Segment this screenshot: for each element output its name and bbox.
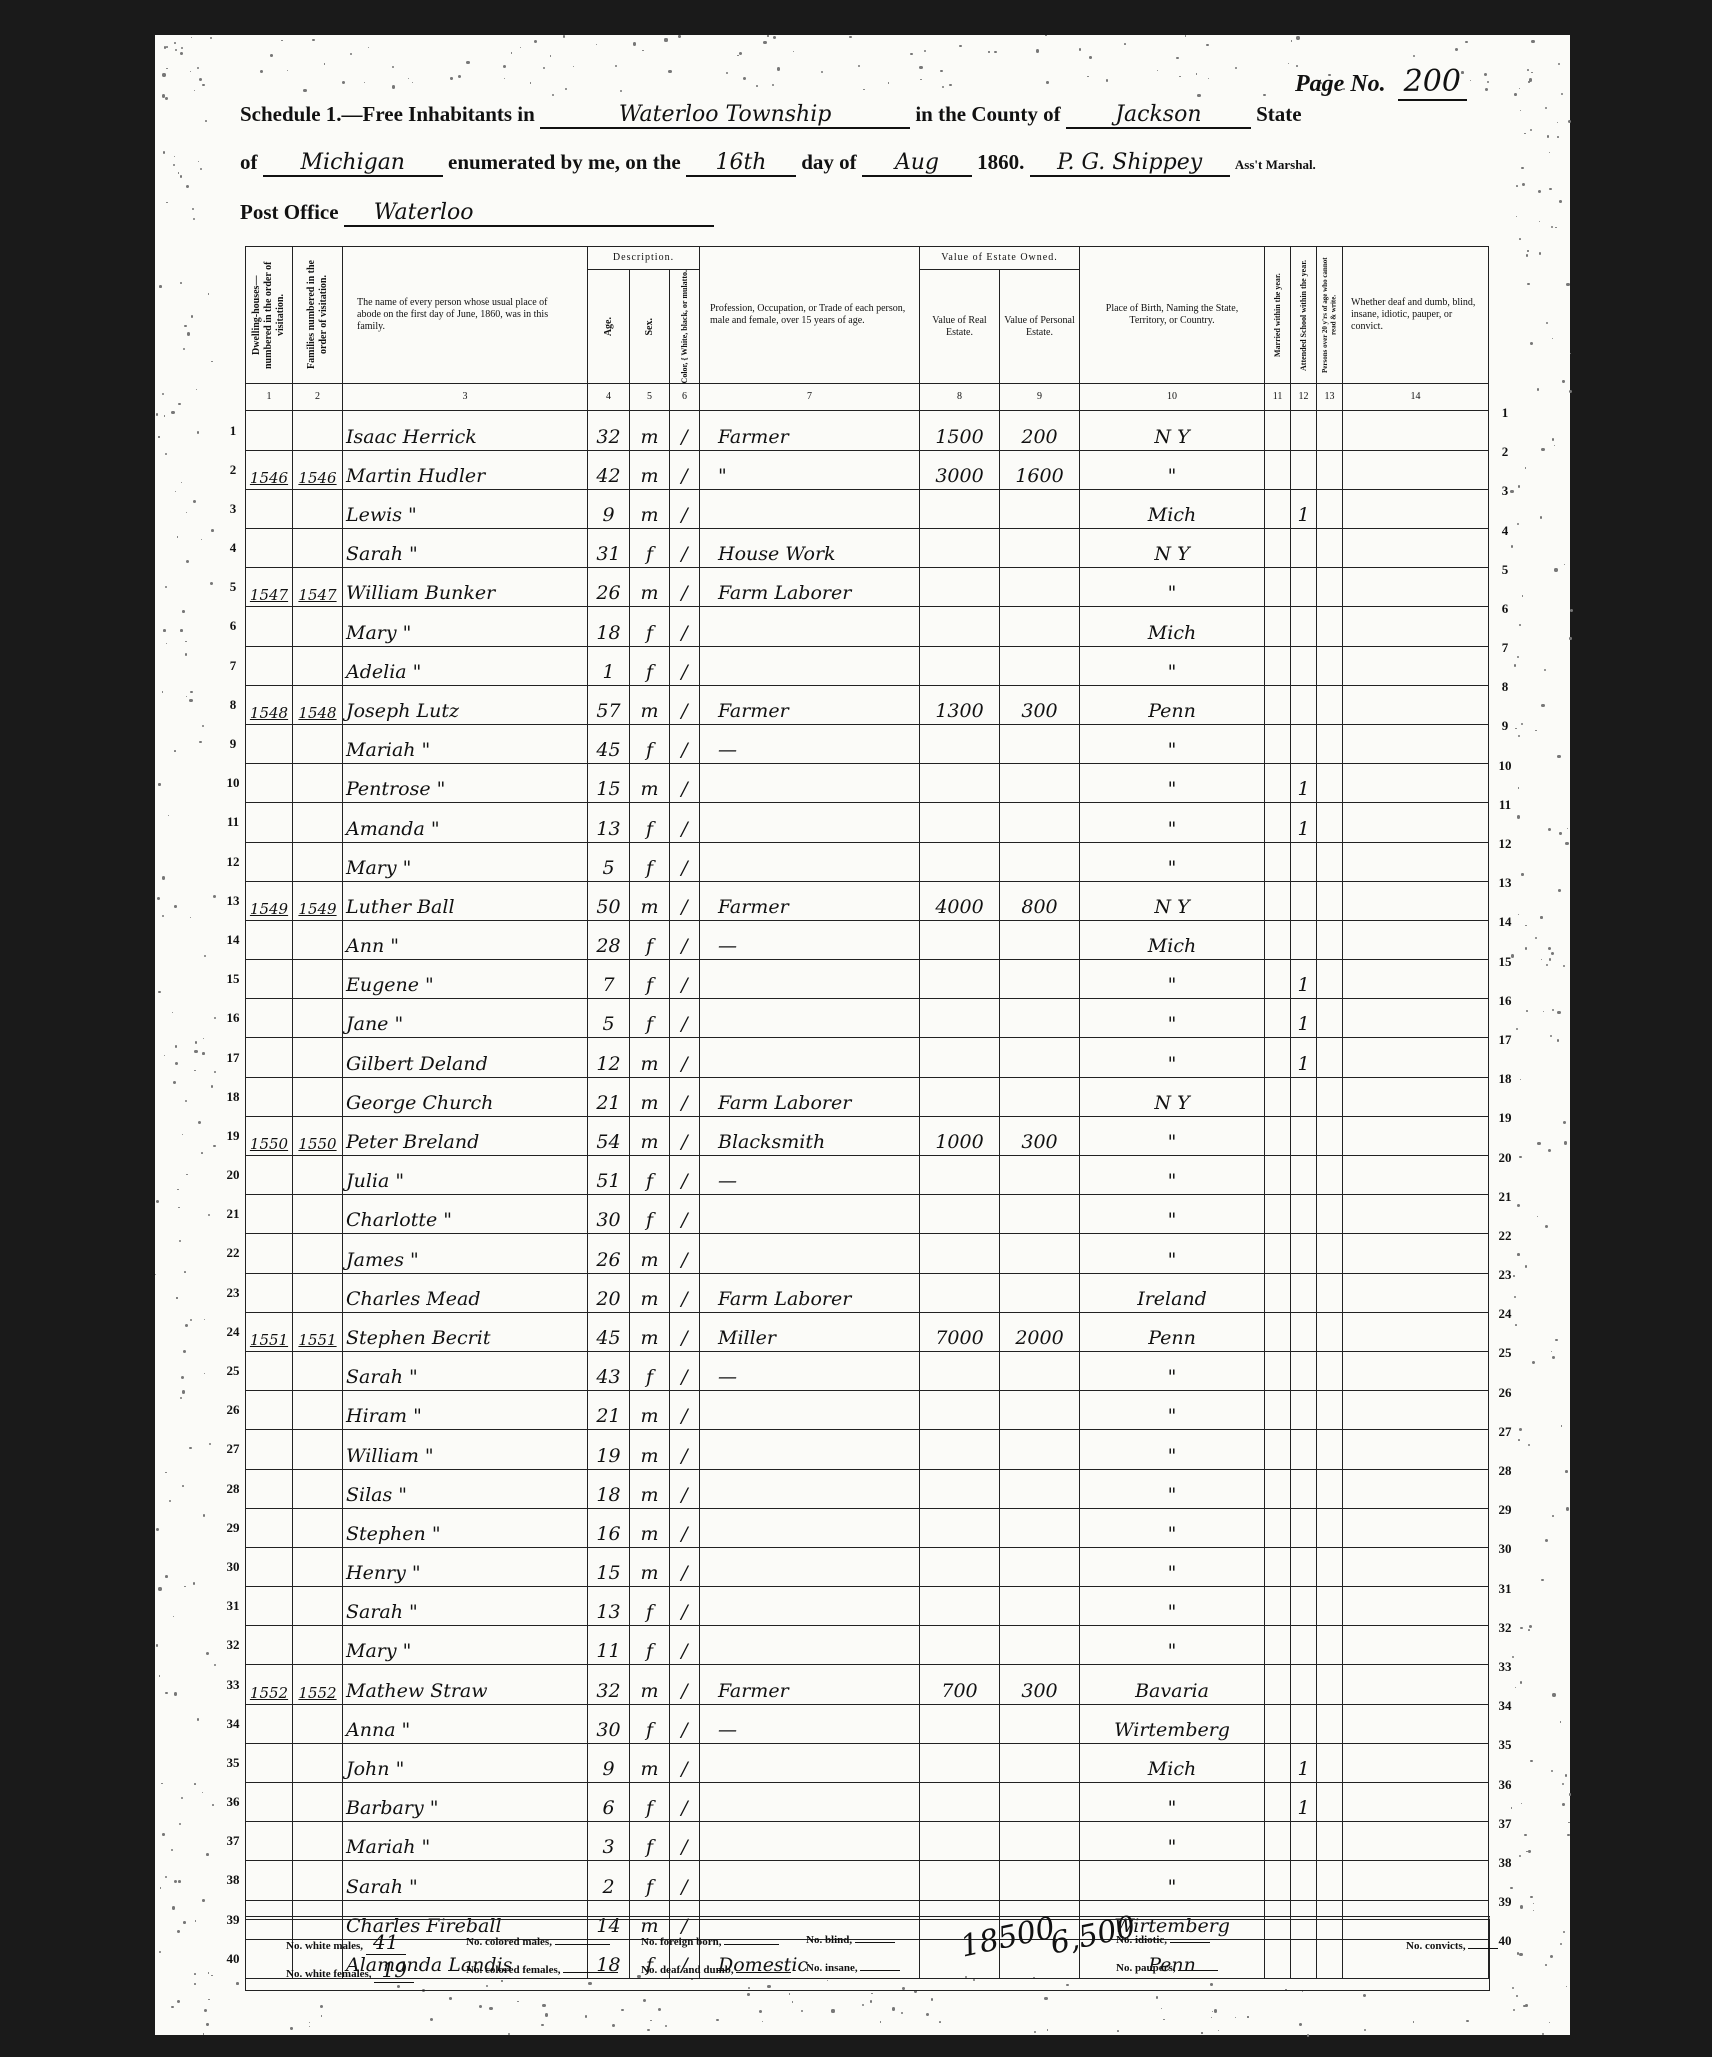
- cell-occupation: Farmer: [700, 1665, 920, 1704]
- cell-age: 43: [588, 1351, 630, 1390]
- cell-color: /: [670, 920, 700, 959]
- cell-sex: m: [630, 881, 670, 920]
- cell-dwelling: 1551: [246, 1312, 293, 1351]
- cell-disability: [1343, 1273, 1489, 1312]
- cell-illiterate: [1317, 764, 1343, 803]
- line-number: 20: [222, 1167, 244, 1183]
- line-number: 35: [1494, 1737, 1516, 1753]
- cell-disability: [1343, 1312, 1489, 1351]
- page-label: Page No.: [1295, 71, 1386, 97]
- cell-age: 28: [588, 920, 630, 959]
- cell-school: [1291, 1116, 1317, 1155]
- col-header-family: Families numbered in the order of visita…: [293, 247, 343, 384]
- cell-birthplace: Mich: [1080, 489, 1265, 528]
- table-row: 15471547William Bunker26m/Farm Laborer": [246, 568, 1489, 607]
- cell-illiterate: [1317, 1156, 1343, 1195]
- cell-sex: f: [630, 1626, 670, 1665]
- cell-name: Mary ": [343, 607, 588, 646]
- page-number: Page No. 200: [1295, 64, 1467, 99]
- cell-family: [293, 1587, 343, 1626]
- cell-school: [1291, 1312, 1317, 1351]
- cell-name: Martin Hudler: [343, 450, 588, 489]
- line-number: 29: [222, 1520, 244, 1536]
- line-number: 13: [1494, 875, 1516, 891]
- cell-personal-estate: [1000, 1861, 1080, 1900]
- cell-school: [1291, 1665, 1317, 1704]
- cell-age: 26: [588, 568, 630, 607]
- cell-illiterate: [1317, 1430, 1343, 1469]
- census-rows: Isaac Herrick32m/Farmer1500200N Y1546154…: [246, 411, 1489, 1979]
- line-number: 5: [1494, 562, 1516, 578]
- cell-color: /: [670, 489, 700, 528]
- cell-family: [293, 646, 343, 685]
- cell-color: /: [670, 960, 700, 999]
- cell-disability: [1343, 1743, 1489, 1782]
- cell-dwelling: [246, 1508, 293, 1547]
- cell-color: /: [670, 999, 700, 1038]
- line-number: 39: [222, 1912, 244, 1928]
- cell-disability: [1343, 1156, 1489, 1195]
- line-number: 16: [222, 1010, 244, 1026]
- col-group-description: Description.: [588, 247, 700, 270]
- cell-personal-estate: [1000, 920, 1080, 959]
- cell-married: [1265, 1038, 1291, 1077]
- cell-occupation: House Work: [700, 529, 920, 568]
- cell-school: [1291, 568, 1317, 607]
- cell-personal-estate: [1000, 764, 1080, 803]
- line-number: 34: [222, 1716, 244, 1732]
- cell-real-estate: [920, 1508, 1000, 1547]
- column-number: 6: [670, 384, 700, 411]
- cell-illiterate: [1317, 1704, 1343, 1743]
- cell-married: [1265, 1861, 1291, 1900]
- township-field: Waterloo Township: [540, 102, 910, 129]
- enumerated-label: enumerated by me, on the: [448, 150, 681, 174]
- cell-birthplace: Mich: [1080, 1743, 1265, 1782]
- cell-married: [1265, 1587, 1291, 1626]
- col-header-name: The name of every person whose usual pla…: [343, 247, 588, 384]
- cell-illiterate: [1317, 1469, 1343, 1508]
- cell-disability: [1343, 803, 1489, 842]
- cell-disability: [1343, 764, 1489, 803]
- table-row: Silas "18m/": [246, 1469, 1489, 1508]
- cell-occupation: [700, 764, 920, 803]
- line-number: 26: [1494, 1385, 1516, 1401]
- line-number: 9: [1494, 718, 1516, 734]
- col-header-married: Married within the year.: [1265, 247, 1291, 384]
- line-number: 13: [222, 893, 244, 909]
- cell-family: [293, 764, 343, 803]
- cell-occupation: [700, 960, 920, 999]
- cell-name: Hiram ": [343, 1391, 588, 1430]
- cell-sex: m: [630, 568, 670, 607]
- cell-dwelling: [246, 764, 293, 803]
- cell-birthplace: ": [1080, 1587, 1265, 1626]
- cell-school: [1291, 881, 1317, 920]
- cell-dwelling: [246, 999, 293, 1038]
- post-office-line: Post Office Waterloo: [240, 200, 714, 227]
- cell-school: [1291, 529, 1317, 568]
- cell-sex: f: [630, 920, 670, 959]
- col-header-color: Color, { White, black, or mulatto.: [670, 270, 700, 384]
- cell-disability: [1343, 1469, 1489, 1508]
- column-number: 2: [293, 384, 343, 411]
- table-row: Henry "15m/": [246, 1547, 1489, 1586]
- cell-birthplace: N Y: [1080, 1077, 1265, 1116]
- cell-disability: [1343, 489, 1489, 528]
- cell-age: 20: [588, 1273, 630, 1312]
- cell-married: [1265, 646, 1291, 685]
- cell-married: [1265, 568, 1291, 607]
- cell-dwelling: 1549: [246, 881, 293, 920]
- cell-dwelling: [246, 1038, 293, 1077]
- line-number: 12: [222, 854, 244, 870]
- cell-birthplace: ": [1080, 568, 1265, 607]
- cell-real-estate: [920, 1391, 1000, 1430]
- cell-disability: [1343, 646, 1489, 685]
- cell-dwelling: [246, 960, 293, 999]
- cell-sex: m: [630, 450, 670, 489]
- cell-disability: [1343, 724, 1489, 763]
- cell-color: /: [670, 607, 700, 646]
- cell-color: /: [670, 1156, 700, 1195]
- cell-real-estate: [920, 842, 1000, 881]
- line-number: 24: [1494, 1306, 1516, 1322]
- month-field: Aug: [862, 150, 972, 177]
- cell-disability: [1343, 1077, 1489, 1116]
- cell-occupation: Farm Laborer: [700, 1273, 920, 1312]
- cell-school: [1291, 1547, 1317, 1586]
- cell-color: /: [670, 1547, 700, 1586]
- cell-school: [1291, 411, 1317, 450]
- cell-married: [1265, 489, 1291, 528]
- cell-illiterate: [1317, 1273, 1343, 1312]
- cell-illiterate: [1317, 960, 1343, 999]
- cell-birthplace: ": [1080, 646, 1265, 685]
- col-header-illiterate: Persons over 20 y'rs of age who cannot r…: [1317, 247, 1343, 384]
- line-number: 10: [222, 775, 244, 791]
- cell-family: [293, 1038, 343, 1077]
- of-label: of: [240, 150, 258, 174]
- cell-real-estate: [920, 1273, 1000, 1312]
- cell-real-estate: [920, 1430, 1000, 1469]
- cell-occupation: —: [700, 1156, 920, 1195]
- cell-name: Charlotte ": [343, 1195, 588, 1234]
- cell-sex: f: [630, 803, 670, 842]
- cell-sex: m: [630, 1273, 670, 1312]
- cell-color: /: [670, 842, 700, 881]
- table-row: 15481548Joseph Lutz57m/Farmer1300300Penn: [246, 685, 1489, 724]
- cell-family: [293, 960, 343, 999]
- cell-color: /: [670, 1077, 700, 1116]
- cell-birthplace: ": [1080, 1116, 1265, 1155]
- cell-family: [293, 999, 343, 1038]
- table-row: Charles Mead20m/Farm LaborerIreland: [246, 1273, 1489, 1312]
- totals-section: No. white males, 41 No. white females, 1…: [245, 1916, 1490, 1991]
- cell-name: Anna ": [343, 1704, 588, 1743]
- cell-real-estate: [920, 764, 1000, 803]
- cell-illiterate: [1317, 1116, 1343, 1155]
- column-number: 12: [1291, 384, 1317, 411]
- line-number: 32: [1494, 1620, 1516, 1636]
- column-number: 9: [1000, 384, 1080, 411]
- cell-married: [1265, 685, 1291, 724]
- cell-age: 26: [588, 1234, 630, 1273]
- cell-disability: [1343, 1704, 1489, 1743]
- county-label: in the County of: [915, 102, 1060, 126]
- cell-school: 1: [1291, 999, 1317, 1038]
- cell-birthplace: ": [1080, 1626, 1265, 1665]
- line-number: 40: [222, 1951, 244, 1967]
- cell-family: 1552: [293, 1665, 343, 1704]
- deaf-dumb-total: No. deaf and dumb,: [641, 1964, 791, 1976]
- cell-family: [293, 1077, 343, 1116]
- cell-illiterate: [1317, 1234, 1343, 1273]
- cell-married: [1265, 1273, 1291, 1312]
- table-row: Mariah "45f/—": [246, 724, 1489, 763]
- cell-name: Ann ": [343, 920, 588, 959]
- cell-color: /: [670, 724, 700, 763]
- cell-illiterate: [1317, 1822, 1343, 1861]
- line-number: 7: [1494, 640, 1516, 656]
- cell-family: [293, 1743, 343, 1782]
- cell-personal-estate: [1000, 1391, 1080, 1430]
- cell-family: [293, 1822, 343, 1861]
- cell-age: 9: [588, 489, 630, 528]
- cell-name: Mariah ": [343, 724, 588, 763]
- cell-married: [1265, 1469, 1291, 1508]
- cell-real-estate: 1300: [920, 685, 1000, 724]
- cell-dwelling: [246, 1469, 293, 1508]
- cell-occupation: [700, 1822, 920, 1861]
- cell-birthplace: ": [1080, 803, 1265, 842]
- line-number: 22: [222, 1245, 244, 1261]
- cell-disability: [1343, 842, 1489, 881]
- line-number: 30: [222, 1559, 244, 1575]
- cell-school: 1: [1291, 764, 1317, 803]
- line-number: 24: [222, 1324, 244, 1340]
- cell-occupation: Blacksmith: [700, 1116, 920, 1155]
- cell-sex: m: [630, 764, 670, 803]
- cell-color: /: [670, 1116, 700, 1155]
- cell-birthplace: Penn: [1080, 685, 1265, 724]
- cell-family: [293, 1861, 343, 1900]
- post-office-field: Waterloo: [344, 200, 714, 227]
- cell-sex: f: [630, 1861, 670, 1900]
- cell-color: /: [670, 411, 700, 450]
- cell-real-estate: [920, 1822, 1000, 1861]
- table-row: Sarah "2f/": [246, 1861, 1489, 1900]
- line-number: 7: [222, 658, 244, 674]
- cell-birthplace: Ireland: [1080, 1273, 1265, 1312]
- census-table: Dwelling-houses—numbered in the order of…: [245, 246, 1489, 1979]
- cell-name: George Church: [343, 1077, 588, 1116]
- table-row: Mariah "3f/": [246, 1822, 1489, 1861]
- line-number: 18: [1494, 1071, 1516, 1087]
- cell-illiterate: [1317, 568, 1343, 607]
- cell-real-estate: 3000: [920, 450, 1000, 489]
- cell-age: 18: [588, 607, 630, 646]
- cell-age: 30: [588, 1195, 630, 1234]
- cell-illiterate: [1317, 881, 1343, 920]
- cell-disability: [1343, 881, 1489, 920]
- cell-sex: m: [630, 1116, 670, 1155]
- cell-name: Barbary ": [343, 1783, 588, 1822]
- table-row: 15501550Peter Breland54m/Blacksmith10003…: [246, 1116, 1489, 1155]
- cell-school: 1: [1291, 960, 1317, 999]
- cell-real-estate: [920, 489, 1000, 528]
- cell-birthplace: ": [1080, 1861, 1265, 1900]
- line-number: 11: [222, 814, 244, 830]
- line-number: 37: [1494, 1816, 1516, 1832]
- cell-illiterate: [1317, 1783, 1343, 1822]
- line-number: 2: [222, 462, 244, 478]
- cell-name: Isaac Herrick: [343, 411, 588, 450]
- cell-occupation: [700, 1587, 920, 1626]
- cell-personal-estate: [1000, 1626, 1080, 1665]
- line-number: 20: [1494, 1150, 1516, 1166]
- line-number: 36: [222, 1794, 244, 1810]
- column-number: 10: [1080, 384, 1265, 411]
- cell-family: 1546: [293, 450, 343, 489]
- cell-name: James ": [343, 1234, 588, 1273]
- column-number: 5: [630, 384, 670, 411]
- cell-family: 1548: [293, 685, 343, 724]
- cell-real-estate: 1000: [920, 1116, 1000, 1155]
- cell-age: 32: [588, 411, 630, 450]
- cell-married: [1265, 529, 1291, 568]
- line-number: 32: [222, 1637, 244, 1653]
- col-header-real-estate: Value of Real Estate.: [920, 270, 1000, 384]
- line-number: 22: [1494, 1228, 1516, 1244]
- line-number: 1: [222, 423, 244, 439]
- line-number: 33: [222, 1677, 244, 1693]
- line-number: 6: [222, 618, 244, 634]
- cell-color: /: [670, 1783, 700, 1822]
- cell-married: [1265, 1822, 1291, 1861]
- line-number: 18: [222, 1089, 244, 1105]
- cell-occupation: ": [700, 450, 920, 489]
- cell-real-estate: [920, 1783, 1000, 1822]
- col-group-estate: Value of Estate Owned.: [920, 247, 1080, 270]
- cell-married: [1265, 1116, 1291, 1155]
- cell-illiterate: [1317, 1587, 1343, 1626]
- cell-disability: [1343, 960, 1489, 999]
- cell-birthplace: ": [1080, 724, 1265, 763]
- cell-personal-estate: 1600: [1000, 450, 1080, 489]
- cell-occupation: [700, 1430, 920, 1469]
- cell-name: Gilbert Deland: [343, 1038, 588, 1077]
- cell-color: /: [670, 529, 700, 568]
- cell-family: [293, 920, 343, 959]
- cell-married: [1265, 1077, 1291, 1116]
- cell-real-estate: 4000: [920, 881, 1000, 920]
- cell-dwelling: 1550: [246, 1116, 293, 1155]
- table-row: Eugene "7f/"1: [246, 960, 1489, 999]
- cell-birthplace: ": [1080, 960, 1265, 999]
- cell-age: 2: [588, 1861, 630, 1900]
- table-row: Hiram "21m/": [246, 1391, 1489, 1430]
- cell-occupation: Miller: [700, 1312, 920, 1351]
- cell-disability: [1343, 1116, 1489, 1155]
- cell-occupation: [700, 646, 920, 685]
- cell-real-estate: [920, 646, 1000, 685]
- cell-personal-estate: [1000, 724, 1080, 763]
- cell-sex: m: [630, 1234, 670, 1273]
- cell-school: 1: [1291, 489, 1317, 528]
- day-field: 16th: [686, 150, 796, 177]
- col-header-sex: Sex.: [630, 270, 670, 384]
- cell-married: [1265, 1665, 1291, 1704]
- cell-age: 30: [588, 1704, 630, 1743]
- table-row: Gilbert Deland12m/"1: [246, 1038, 1489, 1077]
- cell-personal-estate: 300: [1000, 1665, 1080, 1704]
- cell-real-estate: [920, 1234, 1000, 1273]
- cell-illiterate: [1317, 1508, 1343, 1547]
- table-row: Amanda "13f/"1: [246, 803, 1489, 842]
- cell-school: [1291, 1822, 1317, 1861]
- cell-dwelling: [246, 1273, 293, 1312]
- cell-age: 12: [588, 1038, 630, 1077]
- table-row: Julia "51f/—": [246, 1156, 1489, 1195]
- cell-school: [1291, 1587, 1317, 1626]
- cell-disability: [1343, 1508, 1489, 1547]
- cell-family: [293, 1430, 343, 1469]
- table-row: Isaac Herrick32m/Farmer1500200N Y: [246, 411, 1489, 450]
- cell-occupation: Farm Laborer: [700, 1077, 920, 1116]
- line-number: 11: [1494, 797, 1516, 813]
- table-row: Sarah "31f/House WorkN Y: [246, 529, 1489, 568]
- cell-birthplace: N Y: [1080, 529, 1265, 568]
- cell-name: Eugene ": [343, 960, 588, 999]
- cell-real-estate: [920, 529, 1000, 568]
- table-row: 15491549Luther Ball50m/Farmer4000800N Y: [246, 881, 1489, 920]
- white-females-total: No. white females, 19: [286, 1958, 414, 1983]
- cell-personal-estate: 300: [1000, 685, 1080, 724]
- cell-dwelling: [246, 1391, 293, 1430]
- cell-name: Sarah ": [343, 529, 588, 568]
- cell-personal-estate: [1000, 1469, 1080, 1508]
- cell-occupation: [700, 1391, 920, 1430]
- cell-school: [1291, 685, 1317, 724]
- cell-dwelling: [246, 607, 293, 646]
- line-number: 37: [222, 1833, 244, 1849]
- cell-married: [1265, 607, 1291, 646]
- cell-birthplace: ": [1080, 1783, 1265, 1822]
- cell-name: Stephen ": [343, 1508, 588, 1547]
- cell-name: Charles Mead: [343, 1273, 588, 1312]
- cell-color: /: [670, 1704, 700, 1743]
- table-row: Mary "5f/": [246, 842, 1489, 881]
- col-header-personal-estate: Value of Personal Estate.: [1000, 270, 1080, 384]
- table-row: Lewis "9m/Mich1: [246, 489, 1489, 528]
- line-number: 10: [1494, 758, 1516, 774]
- line-number: 25: [222, 1363, 244, 1379]
- line-number: 9: [222, 736, 244, 752]
- cell-name: Sarah ": [343, 1351, 588, 1390]
- col-header-school: Attended School within the year.: [1291, 247, 1317, 384]
- cell-family: [293, 1469, 343, 1508]
- cell-illiterate: [1317, 607, 1343, 646]
- cell-personal-estate: [1000, 1783, 1080, 1822]
- cell-age: 51: [588, 1156, 630, 1195]
- cell-color: /: [670, 1195, 700, 1234]
- cell-school: [1291, 1626, 1317, 1665]
- cell-family: 1549: [293, 881, 343, 920]
- cell-age: 5: [588, 999, 630, 1038]
- cell-name: Henry ": [343, 1547, 588, 1586]
- cell-name: Luther Ball: [343, 881, 588, 920]
